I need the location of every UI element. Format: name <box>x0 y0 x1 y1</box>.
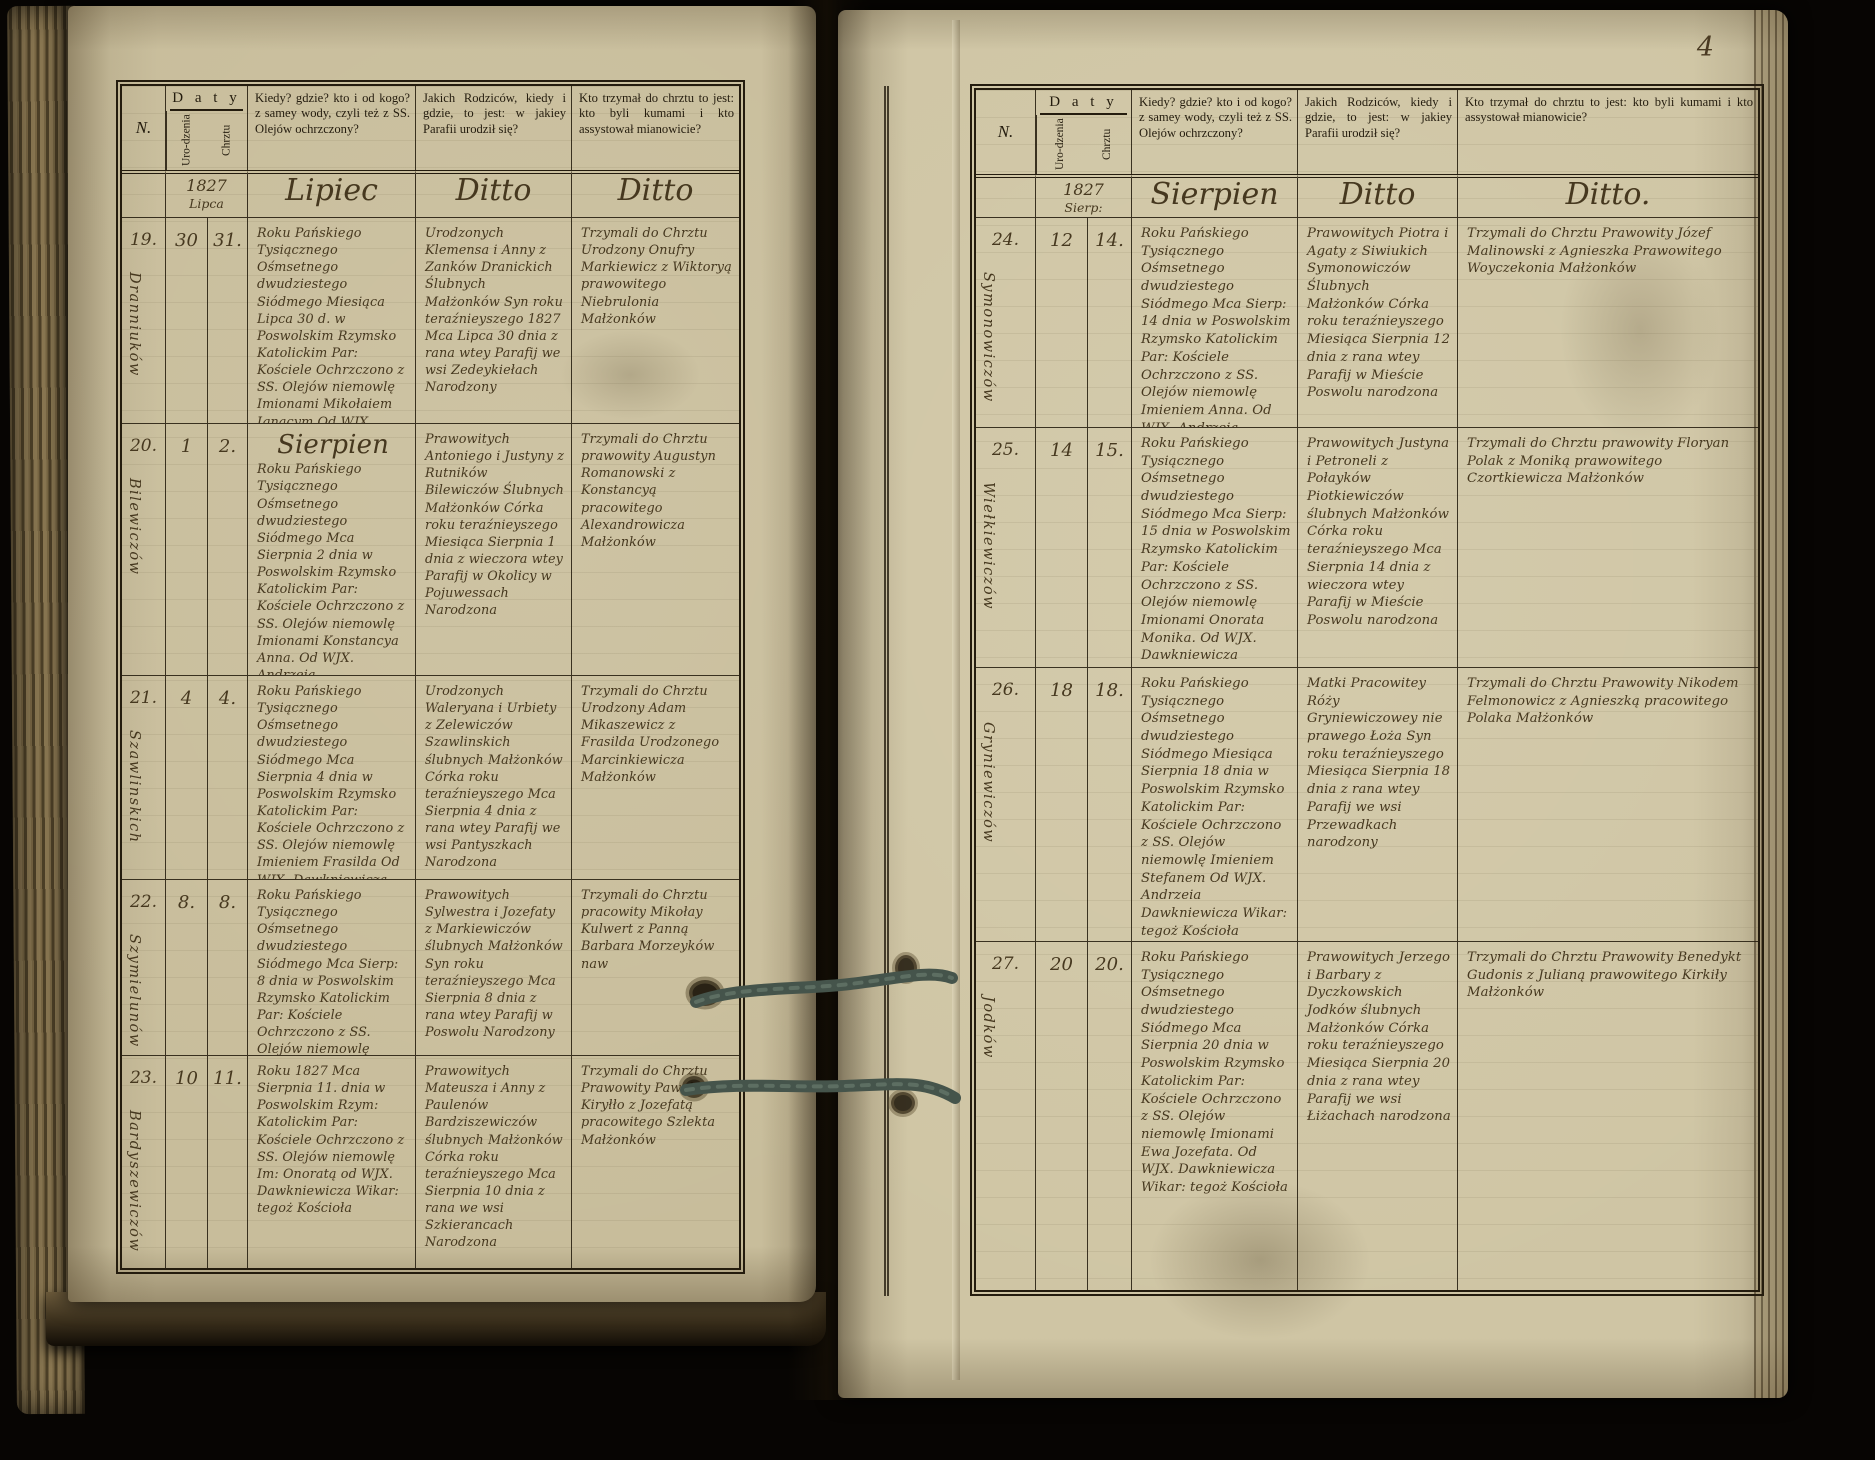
baptism-date: 4. <box>208 676 248 880</box>
daty-subcolumns: Uro-dzenia Chrztu <box>1036 115 1131 174</box>
month-row-spacer <box>976 174 1036 218</box>
n-label: N. <box>136 118 152 138</box>
entry-row-cell-n: 19. Dranniuków <box>122 218 166 424</box>
register-table-left: N. D a t y Uro-dzenia Chrztu Kiedy? gdzi… <box>120 84 741 1270</box>
daty-subcolumns: Uro-dzenia Chrztu <box>166 111 247 170</box>
baptism-date: 2. <box>208 424 248 676</box>
baptism-entry-text: Roku Pańskiego Tysiącznego Ośmsetnego dw… <box>257 462 404 676</box>
birth-date: 12 <box>1036 218 1088 428</box>
baptism-entry: Roku Pańskiego Tysiącznego Ośmsetnego dw… <box>1132 218 1298 428</box>
parents-entry: Urodzonych Klemensa i Anny z Zanków Dran… <box>416 218 572 424</box>
family-name-margin: Jodków <box>980 996 996 1059</box>
baptism-date: 20. <box>1088 942 1132 1290</box>
entry-row-cell-n: 24. Symonowiczów <box>976 218 1036 428</box>
godparents-entry: Trzymali do Chrztu Urodzony Adam Mikasze… <box>572 676 739 880</box>
baptism-entry: Roku 1827 Mca Sierpnia 11. dnia w Poswol… <box>248 1056 416 1268</box>
page-number: 4 <box>1697 32 1714 63</box>
birth-date: 20 <box>1036 942 1088 1290</box>
godparents-entry: Trzymali do Chrztu pracowity Mikołay Kul… <box>572 880 739 1056</box>
column-header-n: N. <box>976 90 1036 174</box>
entry-number: 21. <box>122 676 165 708</box>
baptism-entry: Roku Pańskiego Tysiącznego Ośmsetnego dw… <box>248 880 416 1056</box>
entry-row-cell-n: 27. Jodków <box>976 942 1036 1290</box>
n-label: N. <box>998 122 1014 142</box>
entry-number: 23. <box>122 1056 165 1088</box>
column-header-chrztu: Chrztu <box>1084 115 1131 174</box>
baptism-entry: Roku Pańskiego Tysiącznego Ośmsetnego dw… <box>1132 428 1298 668</box>
month-row-spacer <box>122 170 166 218</box>
parents-entry: Prawowitych Jerzego i Barbary z Dyczkows… <box>1298 942 1458 1290</box>
column-header-urodzenia: Uro-dzenia <box>1036 115 1084 174</box>
baptism-entry: Roku Pańskiego Tysiącznego Ośmsetnego dw… <box>1132 942 1298 1290</box>
godparents-entry: Trzymali do Chrztu prawowity Floryan Pol… <box>1458 428 1758 668</box>
year-month-value: Sierp: <box>1064 200 1102 215</box>
month-heading: Lipiec <box>248 170 416 218</box>
column-header-godparents: Kto trzymał do chrztu to jest: kto byli … <box>1458 90 1758 174</box>
godparents-entry: Trzymali do Chrztu Urodzony Onufry Marki… <box>572 218 739 424</box>
baptism-entry-text: Roku Pańskiego Tysiącznego Ośmsetnego dw… <box>1141 676 1287 939</box>
family-name-margin: Bardyszewiczów <box>126 1110 142 1252</box>
birth-date: 14 <box>1036 428 1088 668</box>
entry-row-cell-n: 22. Szymielunów <box>122 880 166 1056</box>
godparents-entry: Trzymali do Chrztu Prawowity Benedykt Gu… <box>1458 942 1758 1290</box>
parents-entry: Matki Pracowitey Róży Gryniewiczowey nie… <box>1298 668 1458 942</box>
entry-number: 24. <box>976 218 1035 250</box>
entry-row-cell-n: 23. Bardyszewiczów <box>122 1056 166 1268</box>
daty-label: D a t y <box>170 86 243 111</box>
family-name-margin: Dranniuków <box>126 272 142 377</box>
parents-entry: Prawowitych Piotra i Agaty z Siwiukich S… <box>1298 218 1458 428</box>
entry-row-cell-n: 20. Bilewiczów <box>122 424 166 676</box>
month-row-year: 1827 Sierp: <box>1036 174 1132 218</box>
parents-entry: Prawowitych Mateusza i Anny z Paulenów B… <box>416 1056 572 1268</box>
column-header-baptism: Kiedy? gdzie? kto i od kogo? z samey wod… <box>248 86 416 170</box>
column-header-chrztu: Chrztu <box>207 111 247 170</box>
entry-number: 26. <box>976 668 1035 700</box>
baptism-date: 14. <box>1088 218 1132 428</box>
month-heading-inline: Sierpien <box>257 432 409 459</box>
godparents-entry: Trzymali do Chrztu prawowity Augustyn Ro… <box>572 424 739 676</box>
entry-number: 20. <box>122 424 165 456</box>
column-header-godparents: Kto trzymał do chrztu to jest: kto byli … <box>572 86 739 170</box>
baptism-date: 15. <box>1088 428 1132 668</box>
gutter-shadow <box>788 0 872 1400</box>
entry-row-cell-n: 25. Wiełkiewiczów <box>976 428 1036 668</box>
godparents-entry: Trzymali do Chrztu Prawowity Nikodem Fel… <box>1458 668 1758 942</box>
baptism-entry: Roku Pańskiego Tysiącznego Ośmsetnego dw… <box>248 676 416 880</box>
column-header-urodzenia: Uro-dzenia <box>166 111 207 170</box>
baptism-date: 11. <box>208 1056 248 1268</box>
entry-number: 22. <box>122 880 165 912</box>
parents-entry: Urodzonych Waleryana i Urbiety z Zelewic… <box>416 676 572 880</box>
family-name-margin: Gryniewiczów <box>980 722 996 843</box>
baptism-date: 31. <box>208 218 248 424</box>
ditto-parents: Ditto <box>1298 174 1458 218</box>
birth-date: 8. <box>166 880 208 1056</box>
baptism-entry: Sierpien Roku Pańskiego Tysiącznego Ośms… <box>248 424 416 676</box>
ditto-godparents: Ditto <box>572 170 739 218</box>
family-name-margin: Szymielunów <box>126 934 142 1048</box>
entry-number: 25. <box>976 428 1035 460</box>
register-book-scan: N. D a t y Uro-dzenia Chrztu Kiedy? gdzi… <box>0 0 1875 1460</box>
column-header-parents: Jakich Rodziców, kiedy i gdzie, to jest:… <box>1298 90 1458 174</box>
year-value: 1827 <box>186 176 227 195</box>
entry-row-cell-n: 26. Gryniewiczów <box>976 668 1036 942</box>
godparents-entry: Trzymali do Chrztu Prawowity Paweł Kirył… <box>572 1056 739 1268</box>
family-name-margin: Szawlinskich <box>126 730 142 844</box>
column-header-parents: Jakich Rodziców, kiedy i gdzie, to jest:… <box>416 86 572 170</box>
birth-date: 10 <box>166 1056 208 1268</box>
month-row-year: 1827 Lipca <box>166 170 248 218</box>
family-name-margin: Symonowiczów <box>980 272 996 403</box>
daty-label: D a t y <box>1040 90 1127 115</box>
parents-entry: Prawowitych Justyna i Petroneli z Połayk… <box>1298 428 1458 668</box>
page-edge-line <box>884 86 889 1296</box>
year-month-value: Lipca <box>189 196 224 211</box>
parents-entry: Prawowitych Sylwestra i Jozefaty z Marki… <box>416 880 572 1056</box>
godparents-entry: Trzymali do Chrztu Prawowity Józef Malin… <box>1458 218 1758 428</box>
birth-date: 30 <box>166 218 208 424</box>
month-heading: Sierpien <box>1132 174 1298 218</box>
left-page: N. D a t y Uro-dzenia Chrztu Kiedy? gdzi… <box>68 6 816 1302</box>
birth-date: 4 <box>166 676 208 880</box>
baptism-date: 18. <box>1088 668 1132 942</box>
right-page: 4 N. D a t y Uro-dzenia Chrztu Kiedy? gd… <box>838 10 1788 1398</box>
page-crease <box>952 20 960 1380</box>
entry-number: 19. <box>122 218 165 250</box>
column-header-n: N. <box>122 86 166 170</box>
baptism-date: 8. <box>208 880 248 1056</box>
birth-date: 18 <box>1036 668 1088 942</box>
ditto-parents: Ditto <box>416 170 572 218</box>
baptism-entry: Roku Pańskiego Tysiącznego Ośmsetnego dw… <box>1132 668 1298 942</box>
family-name-margin: Bilewiczów <box>126 478 142 575</box>
baptism-entry: Roku Pańskiego Tysiącznego Ośmsetnego dw… <box>248 218 416 424</box>
ditto-godparents: Ditto. <box>1458 174 1758 218</box>
parents-entry: Prawowitych Antoniego i Justyny z Rutnik… <box>416 424 572 676</box>
column-header-daty: D a t y Uro-dzenia Chrztu <box>1036 90 1132 174</box>
column-header-baptism: Kiedy? gdzie? kto i od kogo? z samey wod… <box>1132 90 1298 174</box>
column-header-daty: D a t y Uro-dzenia Chrztu <box>166 86 248 170</box>
family-name-margin: Wiełkiewiczów <box>980 482 996 610</box>
register-table-right: N. D a t y Uro-dzenia Chrztu Kiedy? gdzi… <box>974 88 1760 1292</box>
year-value: 1827 <box>1063 180 1104 199</box>
birth-date: 1 <box>166 424 208 676</box>
entry-number: 27. <box>976 942 1035 974</box>
entry-row-cell-n: 21. Szawlinskich <box>122 676 166 880</box>
